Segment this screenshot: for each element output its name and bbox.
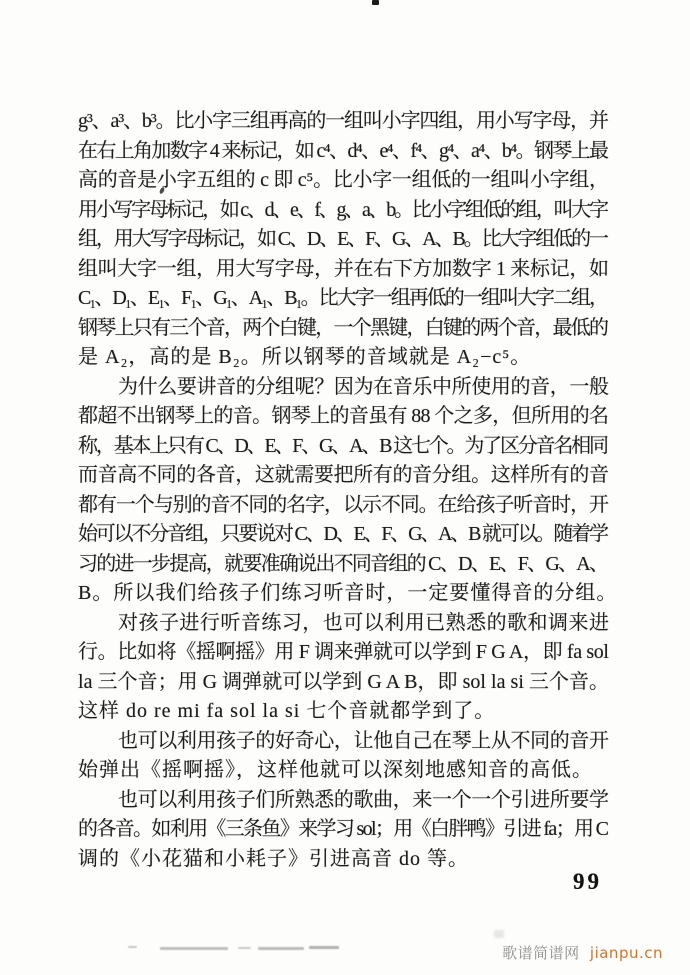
scan-artifact-bottom-smudges <box>128 946 348 952</box>
text-line: 而音高不同的各音，这就需要把所有的音分组。这样所有的音 <box>78 461 609 491</box>
text-line: 是 A₂，高的是 B₂。所以钢琴的音域就是 A₂−c⁵。 <box>78 343 609 373</box>
text-line: g³、a³、b³。比小字三组再高的一组叫小字四组，用小写字母，并 <box>78 107 609 137</box>
watermark-site-name: 歌谱简谱网 <box>502 944 580 962</box>
text-line: 用小写字母标记，如 c、d、e、f、g、a、b。比小字组低的组，叫大字 <box>78 196 609 226</box>
text-line: 始弹出《摇啊摇》，这样他就可以深刻地感知音的高低。 <box>78 756 609 786</box>
text-line: 也可以利用孩子的好奇心，让他自己在琴上从不同的音开 <box>78 727 609 757</box>
text-line: 这样 do re mi fa sol la si 七个音就都学到了。 <box>78 697 609 727</box>
watermark-site-url: jianpu.cn <box>590 944 663 962</box>
watermark: 歌谱简谱网 jianpu.cn <box>502 942 663 963</box>
text-line: 组，用大写字母标记，如 C、D、E、F、G、A、B。比大字组低的一 <box>78 225 609 255</box>
text-line: 调的《小花猫和小耗子》引进高音 do 等。 <box>78 845 609 875</box>
text-line: C₁、D₁、E₁、F₁、G₁、A₁、B₁。比大字一组再低的一组叫大字二组， <box>78 284 609 314</box>
text-line: 始可以不分音组，只要说对 C、D、E、F、G、A、B 就可以。随着学 <box>78 520 609 550</box>
text-line: B。所以我们给孩子们练习听音时，一定要懂得音的分组。 <box>78 579 609 609</box>
text-line: 习的进一步提高，就要准确说出不同音组的 C、D、E、F、G、A、 <box>78 550 609 580</box>
text-line: 称，基本上只有 C、D、E、F、G、A、B 这七个。为了区分音名相同 <box>78 432 609 462</box>
text-line: 为什么要讲音的分组呢？因为在音乐中所使用的音，一般 <box>78 373 609 403</box>
scan-smudge <box>258 947 304 950</box>
text-line: 在右上角加数字 4 来标记，如 c⁴、d⁴、e⁴、f⁴、g⁴、a⁴、b⁴。钢琴上… <box>78 137 609 167</box>
scanned-book-page: g³、a³、b³。比小字三组再高的一组叫小字四组，用小写字母，并在右上角加数字 … <box>0 0 690 975</box>
text-line: 组叫大字一组，用大写字母，并在右下方加数字 1 来标记，如 <box>78 255 609 285</box>
text-line: 高的音是小字五组的 c 即 c⁵。比小字一组低的一组叫小字组， <box>78 166 609 196</box>
scan-smudge <box>128 946 137 948</box>
page-number: 99 <box>573 869 602 895</box>
text-line: 行。比如将《摇啊摇》用 F 调来弹就可以学到 F G A，即 fa sol <box>78 638 609 668</box>
scan-smudge <box>309 946 339 949</box>
text-line: 都有一个与别的音不同的名字，以示不同。在给孩子听音时，开 <box>78 491 609 521</box>
scan-artifact-top-speck <box>372 0 379 5</box>
text-line: 对孩子进行听音练习，也可以利用已熟悉的歌和调来进 <box>78 609 609 639</box>
scan-artifact-ghost-mark <box>494 930 504 938</box>
page-text-block: g³、a³、b³。比小字三组再高的一组叫小字四组，用小写字母，并在右上角加数字 … <box>78 107 609 874</box>
text-line: 也可以利用孩子们所熟悉的歌曲，来一个一个引进所要学 <box>78 786 609 816</box>
text-line: la 三个音；用 G 调弹就可以学到 G A B，即 sol la si 三个音… <box>78 668 609 698</box>
text-line: 都超不出钢琴上的音。钢琴上的音虽有 88 个之多，但所用的名 <box>78 402 609 432</box>
scan-smudge <box>238 947 251 949</box>
text-line: 钢琴上只有三个音，两个白键，一个黑键，白键的两个音，最低的 <box>78 314 609 344</box>
scan-smudge <box>160 947 228 950</box>
text-line: 的各音。如利用《三条鱼》来学习 sol；用《白胖鸭》引进 fa；用 C <box>78 815 609 845</box>
